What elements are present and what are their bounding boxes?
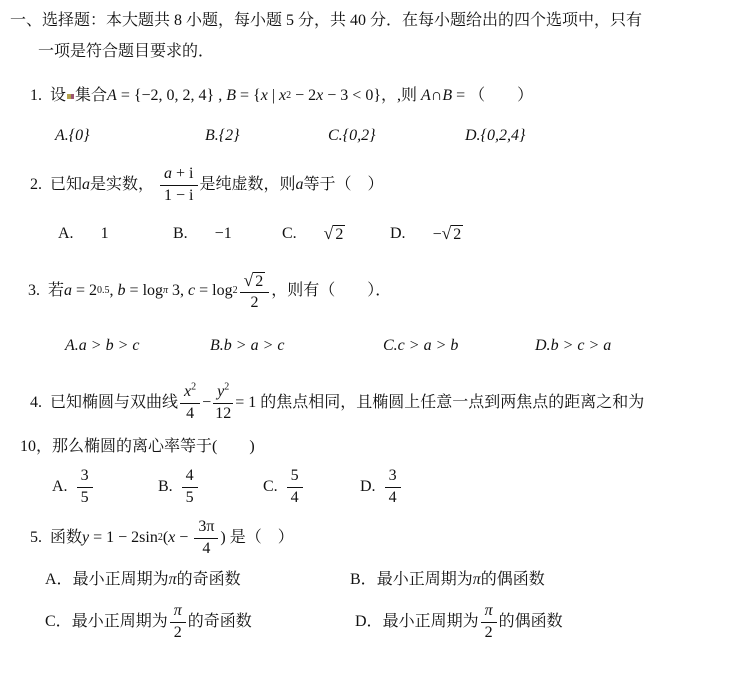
option-text: 最小正周期为 [72,611,168,633]
fraction: π2 [481,602,497,642]
option-2-b: B.−1 [173,223,282,245]
fraction: π2 [170,602,186,642]
question-3-text: ，则有（ ）． [271,280,391,302]
option-text: 的奇函数 [177,569,241,591]
question-2-text: 等于（ ） [304,174,384,196]
question-5-options-row1: A．最小正周期为π的奇函数 B．最小正周期为π的偶函数 [10,568,726,592]
option-label: D． [355,611,383,633]
option-4-a: A.35 [52,467,158,507]
radical-sign: √ [244,270,254,290]
radical-sign: √ [324,223,334,243]
math-text: | [268,85,279,107]
option-label: A． [45,569,73,591]
minus-sign: − [202,392,211,414]
fraction-numerator: x2 [180,383,200,403]
question-1-options: A.{0} B.{2} C.{0,2} D.{0,2,4} [10,124,726,148]
option-label: A. [65,335,79,357]
question-4-stem-line1: 4. 已知椭圆与双曲线 x2 4 − y2 12 = 1 的焦点相同，且椭圆上任… [10,374,726,432]
option-label: B. [158,476,173,498]
fraction-denominator: 12 [215,404,231,423]
option-label: B． [350,569,377,591]
option-5-d: D．最小正周期为π2的偶函数 [355,602,563,642]
option-label: D. [390,223,406,245]
option-4-d: D.34 [360,467,403,507]
option-5-b: B．最小正周期为π的偶函数 [350,569,545,591]
option-label: B. [173,223,188,245]
question-3-stem: 3. 若 a = 20.5, b = logπ 3, c = log2 √2 2… [10,262,726,320]
radicand: 2 [253,272,265,290]
math-var: a [296,174,304,196]
math-text: ) [220,527,229,549]
fraction: y2 12 [213,383,233,423]
option-value: 1 [101,223,109,245]
math-var: a [64,280,72,302]
question-1-text: 设 [50,85,66,107]
fraction-numerator: 3π [194,518,218,538]
option-label: A. [52,476,68,498]
option-value: b > a > c [224,335,285,357]
fraction-numerator: 5 [287,467,303,487]
math-var: y [82,527,89,549]
fraction-denominator: 4 [291,488,299,507]
option-5-a: A．最小正周期为π的奇函数 [45,569,350,591]
option-text: 的偶函数 [481,569,545,591]
option-label: C. [282,223,297,245]
fraction-denominator: 2 [174,623,182,642]
fraction-numerator: π [481,602,497,622]
option-label: C. [263,476,278,498]
option-label: B. [210,335,224,357]
question-1-number: 1. [30,85,50,107]
math-text: = log [126,280,163,302]
option-value: b > c > a [551,335,612,357]
option-value: −√2 [433,222,464,246]
fraction: 34 [385,467,401,507]
option-5-c: C．最小正周期为π2的奇函数 [45,602,355,642]
fraction-numerator: y2 [213,383,233,403]
math-text: , [110,280,118,302]
question-3-text: 若 [48,280,64,302]
math-superscript: 2 [191,382,196,393]
question-1-text: ，,则 [381,85,421,107]
exam-page: 一、选择题：本大题共 8 小题，每小题 5 分，共 40 分．在每小题给出的四个… [0,0,738,646]
option-text: 最小正周期为 [73,569,169,591]
radical-sign: √ [442,223,452,243]
question-4-text: 已知椭圆与双曲线 [50,392,178,414]
question-3-options: A.a > b > c B.b > a > c C.c > a > b D.b … [10,334,726,358]
fraction-denominator: 4 [389,488,397,507]
sqrt-expression: √2 [244,273,266,290]
fraction-numerator: √2 [240,270,270,293]
option-4-b: B.45 [158,467,263,507]
fraction: √2 2 [240,270,270,313]
option-label: D. [535,335,551,357]
math-text: − 3 < 0} [323,85,381,107]
option-1-a: A.{0} [55,125,205,147]
option-label: D. [360,476,376,498]
fraction: x2 4 [180,383,200,423]
question-2-text: 是纯虚数，则 [200,174,296,196]
question-2-number: 2. [30,174,50,196]
option-text: 的偶函数 [499,611,563,633]
option-3-d: D.b > c > a [535,335,611,357]
option-value: a > b > c [79,335,140,357]
math-text: + i [172,165,193,182]
math-var: B [226,85,236,107]
radicand: 2 [333,225,345,243]
option-value: c > a > b [398,335,459,357]
option-2-d: D.−√2 [390,222,463,246]
question-5-options-row2: C．最小正周期为π2的奇函数 D．最小正周期为π2的偶函数 [10,598,726,646]
question-3-number: 3. [28,280,48,302]
option-text: 的奇函数 [188,611,252,633]
math-var: x [316,85,323,107]
option-label: C. [383,335,398,357]
option-1-d: D.{0,2,4} [465,125,525,147]
fraction-denominator: 4 [186,404,194,423]
fraction-denominator: 2 [485,623,493,642]
question-1-text: 集合 [75,85,107,107]
math-var: x [279,85,286,107]
option-3-b: B.b > a > c [210,335,383,357]
fraction-denominator: 1 − i [164,186,193,205]
question-5-stem: 5. 函数 y = 1 − 2sin2(x − 3π 4 ) 是（ ） [10,514,726,562]
fraction-denominator: 2 [250,293,258,312]
option-4-c: C.54 [263,467,360,507]
math-var: c [188,280,195,302]
option-label: C． [45,611,72,633]
fraction-denominator: 5 [186,488,194,507]
sqrt-expression: √2 [442,226,464,243]
fraction: 35 [77,467,93,507]
sqrt-expression: √2 [324,222,346,246]
question-4-options: A.35 B.45 C.54 D.34 [10,464,726,510]
math-var: x [261,85,268,107]
math-var: a [164,165,172,182]
math-text: = {−2, 0, 2, 4} , [117,85,226,107]
question-2-text: 已知 [50,174,82,196]
cursor-artifact-mark [67,94,74,99]
math-var: x [168,527,175,549]
math-text: − 2 [291,85,316,107]
section-header-line1: 一、选择题：本大题共 8 小题，每小题 5 分，共 40 分．在每小题给出的四个… [10,8,726,32]
option-2-a: A.1 [58,223,173,245]
option-text: 最小正周期为 [377,569,473,591]
fraction: 3π 4 [194,518,218,558]
option-3-c: C.c > a > b [383,335,535,357]
question-5-number: 5. [30,527,50,549]
fraction-numerator: a + i [160,165,197,185]
math-expression: A∩B [421,85,452,107]
question-2-text: 是实数， [90,174,158,196]
section-header-line2: 一项是符合题目要求的． [10,41,726,63]
math-superscript: 2 [224,382,229,393]
option-value: −1 [215,223,232,245]
math-var: b [118,280,126,302]
question-1-stem: 1. 设集合 A = {−2, 0, 2, 4} , B = {x | x2 −… [10,80,726,112]
math-var: a [82,174,90,196]
option-1-b: B.{2} [205,125,328,147]
math-text: 3, [168,280,188,302]
option-text: 最小正周期为 [383,611,479,633]
fraction-numerator: π [170,602,186,622]
question-4-text: 的焦点相同，且椭圆上任意一点到两焦点的距离之和为 [260,392,644,414]
math-text: = 1 − 2sin [89,527,158,549]
question-4-stem-line2: 10，那么椭圆的离心率等于( ) [10,436,726,458]
fraction: 54 [287,467,303,507]
question-4-number: 4. [30,392,50,414]
fraction-denominator: 5 [81,488,89,507]
question-5-text: 函数 [50,527,82,549]
pi-symbol: π [473,569,481,591]
math-text: − [175,527,192,549]
fraction-denominator: 4 [202,539,210,558]
math-var: A [107,85,117,107]
option-3-a: A.a > b > c [65,335,210,357]
option-1-c: C.{0,2} [328,125,465,147]
math-text: = { [236,85,261,107]
question-5-text: 是（ ） [230,527,294,549]
fraction-numerator: 3 [77,467,93,487]
math-text: = log [195,280,232,302]
math-text: = [452,85,469,107]
question-2-options: A.1 B.−1 C.√2 D.−√2 [10,220,726,248]
answer-blank: （ ） [469,85,533,107]
pi-symbol: π [169,569,177,591]
fraction: a + i 1 − i [160,165,197,205]
minus-sign: − [433,226,442,243]
radicand: 2 [451,225,463,243]
fraction: 45 [182,467,198,507]
fraction-numerator: 3 [385,467,401,487]
fraction-numerator: 4 [182,467,198,487]
option-2-c: C.√2 [282,222,390,246]
math-text: = 2 [72,280,97,302]
option-label: A. [58,223,74,245]
math-text: = 1 [235,392,260,414]
question-2-stem: 2. 已知 a 是实数， a + i 1 − i 是纯虚数，则 a 等于（ ） [10,160,726,210]
